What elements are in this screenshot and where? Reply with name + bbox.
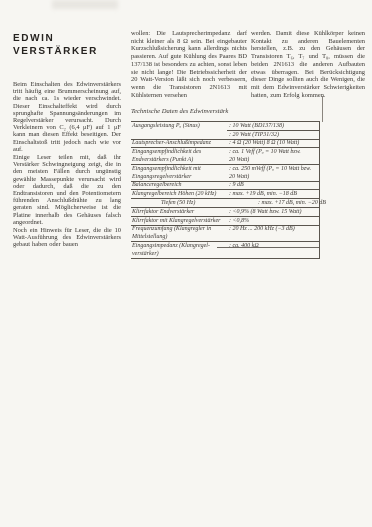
- table-row-value: [227, 250, 319, 258]
- table-row-label: Eingangsimpedanz (Klangregel-: [131, 242, 227, 250]
- table-row-label: Mittelstellung): [131, 233, 227, 241]
- table-row: : 20 Watt (TIP31/32): [131, 131, 319, 140]
- scanned-magazine-page: EDWIN VERSTÄRKER Beim Einschalten des Ed…: [0, 0, 372, 527]
- table-row-value: 20 Watt): [227, 173, 319, 181]
- table-row-value: : 4 Ω (20 Watt) 8 Ω (10 Watt): [227, 140, 319, 148]
- table-row-value: [227, 233, 319, 241]
- table-row-value: : max. +19 dB, min. −18 dB: [227, 190, 319, 198]
- table-row-label: Tiefen (50 Hz): [131, 199, 256, 207]
- table-row-label: Klangregelbereich Höhen (20 kHz): [131, 190, 227, 198]
- table-row-label: verstärker): [131, 250, 227, 258]
- table-row: Eingangsempfindlichkeit mit: ca. 250 mVe…: [131, 165, 319, 173]
- paragraph: werden. Damit diese Kühlkörper keinen Ko…: [251, 30, 365, 99]
- table-row-value: : 20 Watt (TIP31/32): [227, 131, 319, 139]
- column-rule-segment: [322, 96, 323, 122]
- table-row-value: : ca. 250 mVeff (Pₐ = 10 Watt bzw.: [227, 165, 319, 173]
- table-row: Frequenzumfang (Klangregler in: 20 Hz ..…: [131, 226, 319, 234]
- table-row-label: [131, 131, 227, 139]
- text-column-left: Beim Einschalten des Edwinverstärkers tr…: [13, 81, 121, 249]
- end-of-table-rule: [217, 247, 319, 248]
- scan-edge-artifact: [52, 0, 118, 9]
- table-row-value: 20 Watt): [227, 156, 319, 164]
- table-row-label: Eingangsempfindlichkeit des: [131, 148, 227, 156]
- table-row-value: : 10 Watt (BD137/138): [227, 122, 319, 131]
- table-row-label: Balanceregelbereich: [131, 182, 227, 190]
- table-row-label: Frequenzumfang (Klangregler in: [131, 226, 227, 234]
- table-row: verstärker): [131, 250, 319, 258]
- table-row: Eingangsregelverstärker 20 Watt): [131, 173, 319, 182]
- text-column-middle: wollen: Die Lautsprecherimpedanz darf ni…: [131, 30, 247, 99]
- table-row: Mittelstellung): [131, 233, 319, 242]
- table-row: Klirrfaktor Endverstärker: <0,9% (8 Watt…: [131, 208, 319, 217]
- table-row-value: : 20 Hz ... 200 kHz (−3 dB): [227, 226, 319, 234]
- table-row: Ausgangsleistung Pₐ (Sinus): 10 Watt (BD…: [131, 122, 319, 131]
- table-row: Balanceregelbereich: 9 dB: [131, 182, 319, 191]
- table-row-label: Eingangsregelverstärker: [131, 173, 227, 181]
- table-row: Tiefen (50 Hz): max. +17 dB, min. −20 dB: [131, 199, 319, 208]
- paragraph: wollen: Die Lautsprecherimpedanz darf ni…: [131, 30, 247, 99]
- table-row-label: Ausgangsleistung Pₐ (Sinus): [131, 122, 227, 131]
- table-row: Lautsprecher-Anschlußimpedanz: 4 Ω (20 W…: [131, 140, 319, 149]
- text-column-right: werden. Damit diese Kühlkörper keinen Ko…: [251, 30, 365, 99]
- article-title-line2: VERSTÄRKER: [13, 46, 98, 59]
- table-row-label: Eingangsempfindlichkeit mit: [131, 165, 227, 173]
- table-row-label: Klirrfaktor mit Klangregelverstärker: [131, 217, 227, 225]
- paragraph: Noch ein Hinweis für Leser, die die 10 W…: [13, 227, 121, 249]
- tech-data-heading: Technische Daten des Edwinverstärk: [131, 108, 228, 115]
- table-row-value: : ca. 1 Veff (Pₐ = 10 Watt bzw.: [227, 148, 319, 156]
- table-row-value: : max. +17 dB, min. −20 dB: [256, 199, 327, 207]
- table-row-value: : <0,9% (8 Watt bzw. 15 Watt): [227, 208, 319, 216]
- table-row-label: Klirrfaktor Endverstärker: [131, 208, 227, 216]
- table-row: Klirrfaktor mit Klangregelverstärker: <0…: [131, 217, 319, 226]
- table-row: Klangregelbereich Höhen (20 kHz): max. +…: [131, 190, 319, 199]
- paragraph: Einige Leser teilen mit, daß ihr Verstär…: [13, 154, 121, 226]
- paragraph: Beim Einschalten des Edwinverstärkers tr…: [13, 81, 121, 153]
- tech-data-table: Ausgangsleistung Pₐ (Sinus): 10 Watt (BD…: [131, 121, 320, 259]
- table-row-label: Endverstärkers (Punkt A): [131, 156, 227, 164]
- table-row-value: : 9 dB: [227, 182, 319, 190]
- table-row-label: Lautsprecher-Anschlußimpedanz: [131, 140, 227, 148]
- article-title-line1: EDWIN: [13, 33, 98, 46]
- table-row: Eingangsempfindlichkeit des: ca. 1 Veff …: [131, 148, 319, 156]
- table-row: Endverstärkers (Punkt A) 20 Watt): [131, 156, 319, 165]
- table-row-value: : <0,8%: [227, 217, 319, 225]
- article-title: EDWIN VERSTÄRKER: [13, 33, 98, 58]
